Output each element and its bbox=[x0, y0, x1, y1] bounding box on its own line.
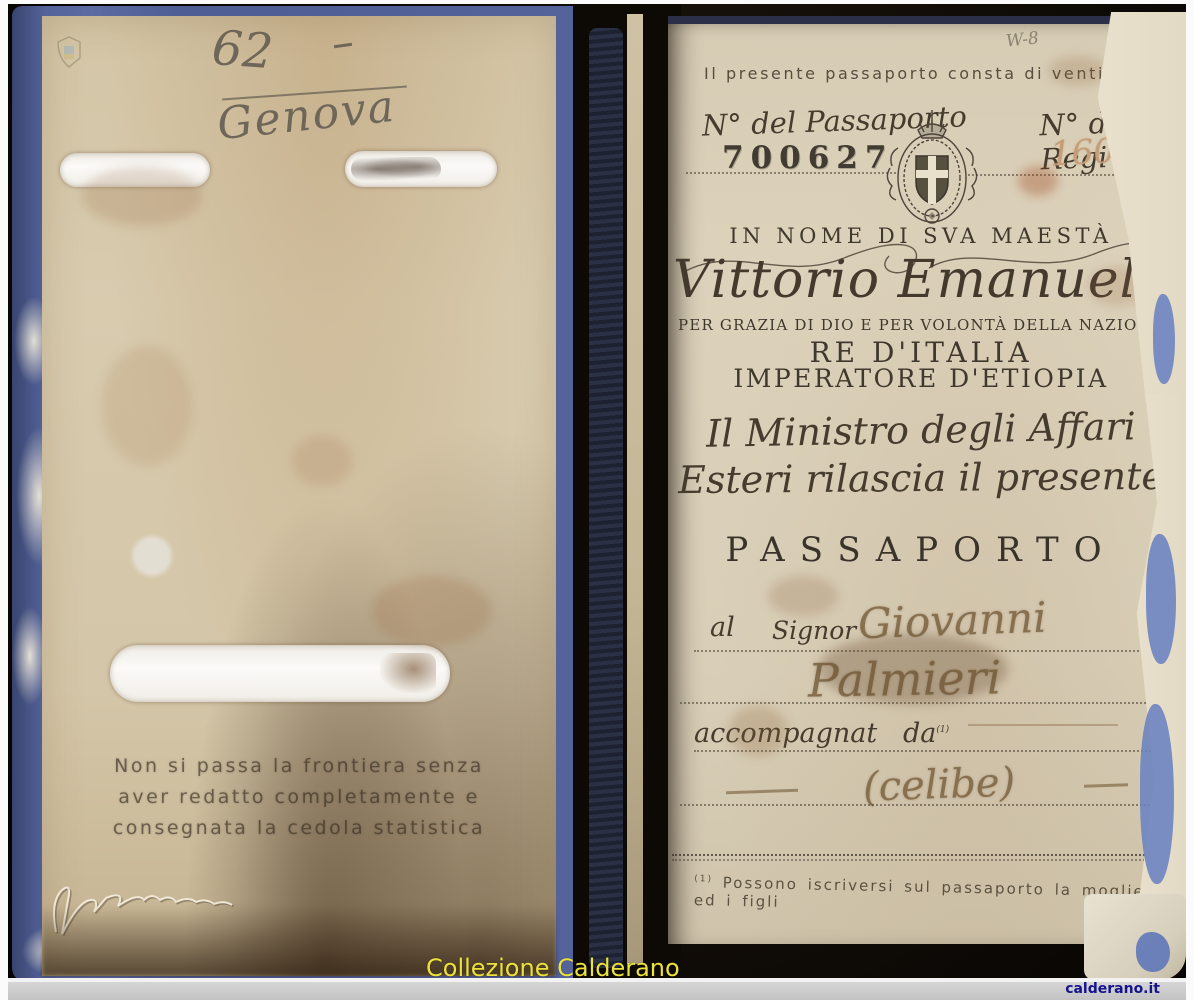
marital-status: (celibe) bbox=[862, 759, 1016, 810]
title-imperatore: IMPERATORE D'ETIOPIA bbox=[668, 364, 1174, 393]
passport-scan: 62 Genova Non bbox=[8, 4, 1186, 982]
footnote-marker: (1) bbox=[694, 874, 713, 884]
cover-blue-showthrough bbox=[1153, 294, 1175, 384]
minister-line-1: Il Ministro degli Affari bbox=[668, 404, 1174, 457]
notice-line: Non si passa la frontiera senza bbox=[42, 751, 556, 782]
passport-title-page: W-8 Il presente passaporto consta di ven… bbox=[668, 16, 1174, 944]
slot-tear bbox=[380, 653, 436, 693]
scan-frame: 62 Genova Non bbox=[0, 0, 1194, 1000]
footnote-ref: (1) bbox=[936, 725, 949, 735]
spine-tape bbox=[589, 28, 623, 968]
cutout-slot bbox=[345, 151, 497, 187]
faint-pencil-line bbox=[968, 724, 1118, 726]
hand-dash bbox=[1084, 783, 1128, 788]
document-title: PASSAPORTO bbox=[668, 530, 1174, 570]
pencil-note: W-8 bbox=[1005, 28, 1040, 51]
minister-line-2: Esteri rilascia il presente bbox=[668, 454, 1174, 502]
cutout-slot bbox=[110, 645, 450, 702]
hand-dash bbox=[726, 789, 798, 795]
al-label: al bbox=[710, 612, 735, 643]
footer-strip: calderano.it bbox=[8, 982, 1186, 1000]
stain bbox=[728, 706, 788, 756]
dotted-line bbox=[686, 172, 896, 174]
cover-blue-showthrough bbox=[1136, 932, 1170, 972]
signor-label: Signor bbox=[772, 616, 856, 645]
stain bbox=[132, 536, 172, 576]
passport-number: 700627 bbox=[722, 140, 893, 176]
stain bbox=[818, 634, 1008, 704]
slot-smudge bbox=[351, 157, 441, 181]
dotted-line bbox=[680, 804, 1158, 806]
stain bbox=[102, 346, 192, 466]
frontier-notice: Non si passa la frontiera senza aver red… bbox=[42, 751, 556, 844]
page-number-annotation: 62 bbox=[210, 20, 275, 80]
cover-blue-showthrough bbox=[1146, 534, 1176, 664]
footnote-text: Possono iscriversi sul passaporto la mog… bbox=[694, 874, 1145, 911]
notice-line: consegnata la cedola statistica bbox=[42, 813, 556, 844]
torn-page-edge bbox=[627, 14, 643, 964]
cover-corner-worn bbox=[1084, 894, 1186, 980]
stain bbox=[372, 576, 492, 646]
stain bbox=[292, 436, 352, 486]
embossed-stamp-icon bbox=[54, 34, 84, 70]
stain bbox=[82, 166, 202, 226]
footnote-divider bbox=[672, 854, 1168, 861]
city-annotation: Genova bbox=[215, 81, 398, 150]
cover-top-edge bbox=[668, 16, 1128, 24]
pencil-dash bbox=[334, 43, 352, 48]
stain bbox=[768, 576, 838, 616]
stain bbox=[1018, 166, 1058, 196]
left-page-paper: 62 Genova Non bbox=[42, 16, 556, 976]
notice-line: aver redatto completamente e bbox=[42, 782, 556, 813]
grace-line: PER GRAZIA DI DIO E PER VOLONTÀ DELLA NA… bbox=[668, 316, 1174, 334]
stain bbox=[1048, 56, 1108, 86]
book-binding bbox=[573, 4, 681, 982]
accompanied-da: da bbox=[903, 718, 936, 749]
site-label: calderano.it bbox=[1065, 982, 1160, 998]
passport-cover-left: 62 Genova Non bbox=[12, 6, 578, 982]
